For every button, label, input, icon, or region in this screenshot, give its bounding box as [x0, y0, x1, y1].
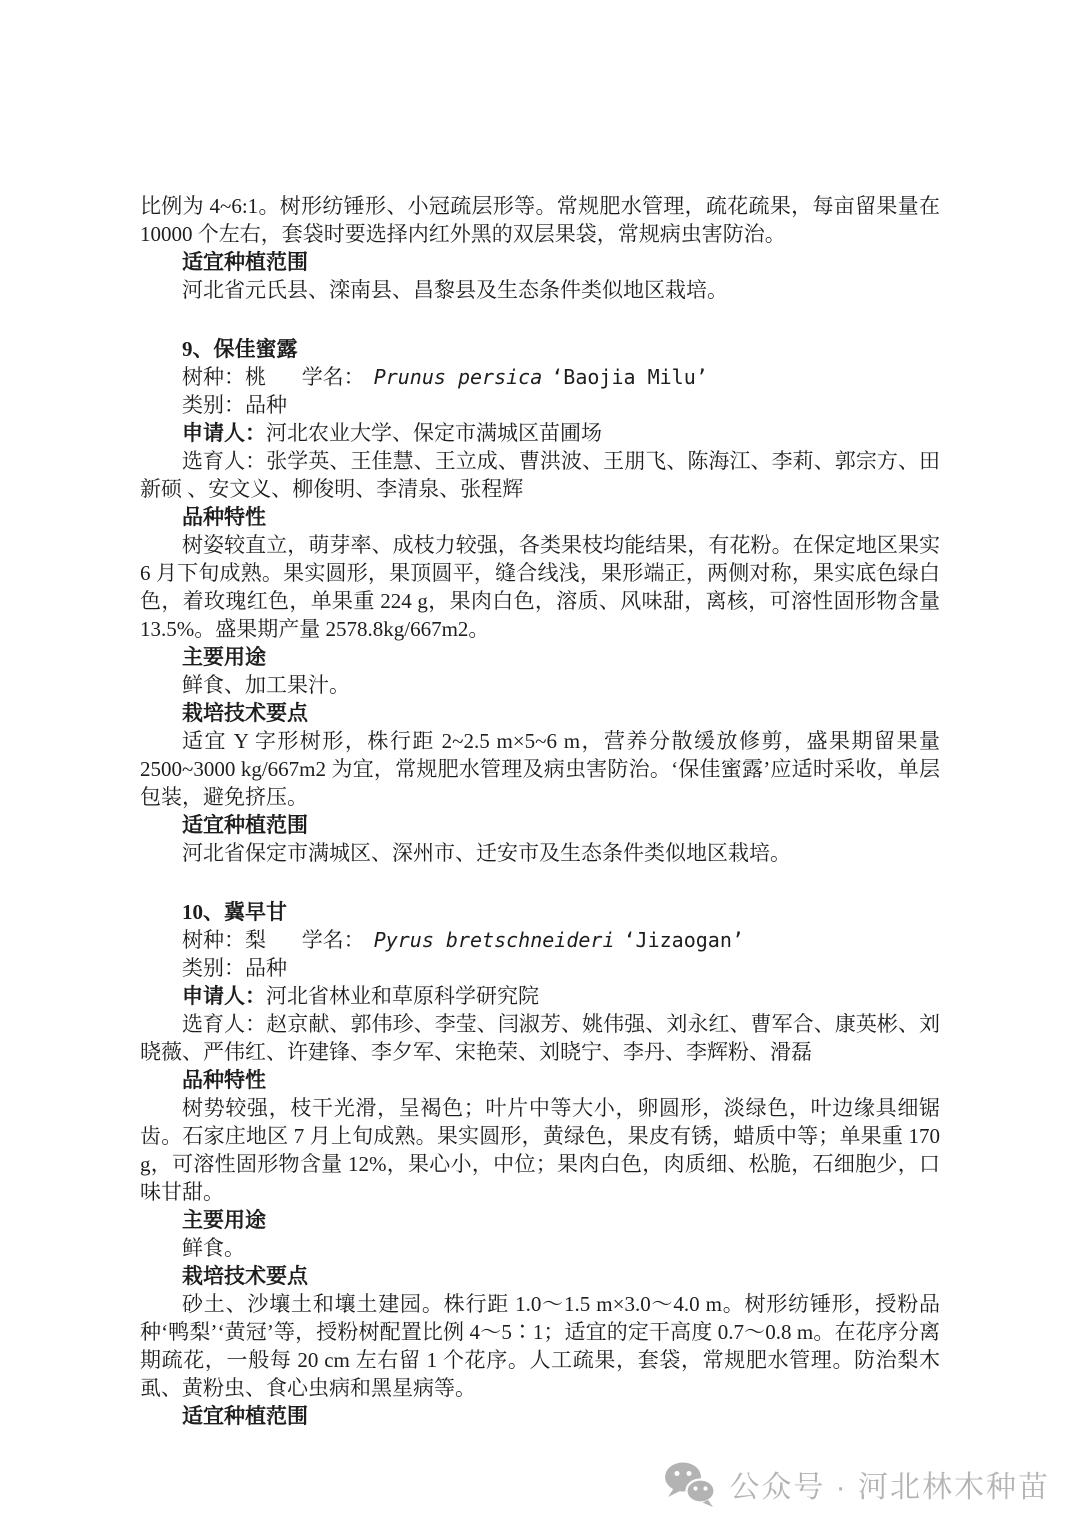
- category-value: 品种: [245, 956, 287, 980]
- continuation-paragraph: 比例为 4~6:1。树形纺锤形、小冠疏层形等。常规肥水管理，疏花疏果，每亩留果量…: [140, 192, 940, 248]
- applicant-label: 申请人：: [182, 421, 266, 445]
- species-label: 树种：: [182, 365, 245, 389]
- tech-heading: 栽培技术要点: [140, 1262, 940, 1290]
- applicant-label: 申请人：: [182, 984, 266, 1008]
- applicant-value: 河北省林业和草原科学研究院: [266, 984, 539, 1008]
- species-value: 梨: [245, 928, 266, 952]
- species-line: 树种：梨学名：Pyrus bretschneideri‘Jizaogan’: [140, 926, 940, 954]
- species-label: 树种：: [182, 928, 245, 952]
- traits-text: 树姿较直立，萌芽率、成枝力较强，各类果枝均能结果，有花粉。在保定地区果实 6 月…: [140, 531, 940, 643]
- planting-range-heading: 适宜种植范围: [140, 811, 940, 839]
- tech-heading: 栽培技术要点: [140, 699, 940, 727]
- use-text: 鲜食、加工果汁。: [140, 671, 940, 699]
- latin-label: 学名：: [302, 928, 365, 952]
- use-heading: 主要用途: [140, 1206, 940, 1234]
- entry-title: 10、冀早甘: [140, 898, 940, 926]
- breeders-line: 选育人：赵京献、郭伟珍、李莹、闫淑芳、姚伟强、刘永红、曹军合、康英彬、刘晓薇、严…: [140, 1010, 940, 1066]
- tech-text: 砂土、沙壤土和壤土建园。株行距 1.0～1.5 m×3.0～4.0 m。树形纺锤…: [140, 1290, 940, 1402]
- planting-range-heading: 适宜种植范围: [140, 1402, 940, 1430]
- breeders-line: 选育人：张学英、王佳慧、王立成、曹洪波、王朋飞、陈海江、李莉、郭宗方、田新硕 、…: [140, 447, 940, 503]
- category-label: 类别：: [182, 393, 245, 417]
- latin-name: Pyrus bretschneideri: [374, 928, 615, 952]
- entry-title: 9、保佳蜜露: [140, 335, 940, 363]
- cultivar-name: ‘Baojia Milu’: [551, 365, 708, 389]
- planting-range-heading: 适宜种植范围: [140, 248, 940, 276]
- traits-text: 树势较强，枝干光滑，呈褐色；叶片中等大小，卵圆形，淡绿色，叶边缘具细锯齿。石家庄…: [140, 1094, 940, 1206]
- cultivar-name: ‘Jizaogan’: [624, 928, 744, 952]
- applicant-line: 申请人：河北省林业和草原科学研究院: [140, 982, 940, 1010]
- traits-heading: 品种特性: [140, 503, 940, 531]
- traits-heading: 品种特性: [140, 1066, 940, 1094]
- category-line: 类别：品种: [140, 954, 940, 982]
- document-content: 比例为 4~6:1。树形纺锤形、小冠疏层形等。常规肥水管理，疏花疏果，每亩留果量…: [140, 192, 940, 1430]
- latin-label: 学名：: [302, 365, 365, 389]
- category-label: 类别：: [182, 956, 245, 980]
- latin-name: Prunus persica: [374, 365, 543, 389]
- planting-range-text: 河北省保定市满城区、深州市、迁安市及生态条件类似地区栽培。: [140, 839, 940, 867]
- tech-text: 适宜 Y 字形树形，株行距 2~2.5 m×5~6 m，营养分散缓放修剪，盛果期…: [140, 727, 940, 811]
- wechat-watermark: 公众号 · 河北林木种苗: [664, 1461, 1050, 1507]
- applicant-line: 申请人：河北农业大学、保定市满城区苗圃场: [140, 419, 940, 447]
- species-value: 桃: [245, 365, 266, 389]
- species-line: 树种：桃学名：Prunus persica‘Baojia Milu’: [140, 363, 940, 391]
- watermark-text: 公众号 · 河北林木种苗: [729, 1462, 1050, 1506]
- category-value: 品种: [245, 393, 287, 417]
- breeders-label: 选育人：: [182, 1012, 266, 1036]
- category-line: 类别：品种: [140, 391, 940, 419]
- use-heading: 主要用途: [140, 643, 940, 671]
- planting-range-text: 河北省元氏县、滦南县、昌黎县及生态条件类似地区栽培。: [140, 276, 940, 304]
- breeders-label: 选育人：: [182, 449, 266, 473]
- applicant-value: 河北农业大学、保定市满城区苗圃场: [266, 421, 602, 445]
- variety-entry-9: 9、保佳蜜露 树种：桃学名：Prunus persica‘Baojia Milu…: [140, 335, 940, 867]
- document-page: 比例为 4~6:1。树形纺锤形、小冠疏层形等。常规肥水管理，疏花疏果，每亩留果量…: [0, 0, 1080, 1527]
- variety-entry-10: 10、冀早甘 树种：梨学名：Pyrus bretschneideri‘Jizao…: [140, 898, 940, 1430]
- use-text: 鲜食。: [140, 1234, 940, 1262]
- wechat-icon: [664, 1461, 716, 1507]
